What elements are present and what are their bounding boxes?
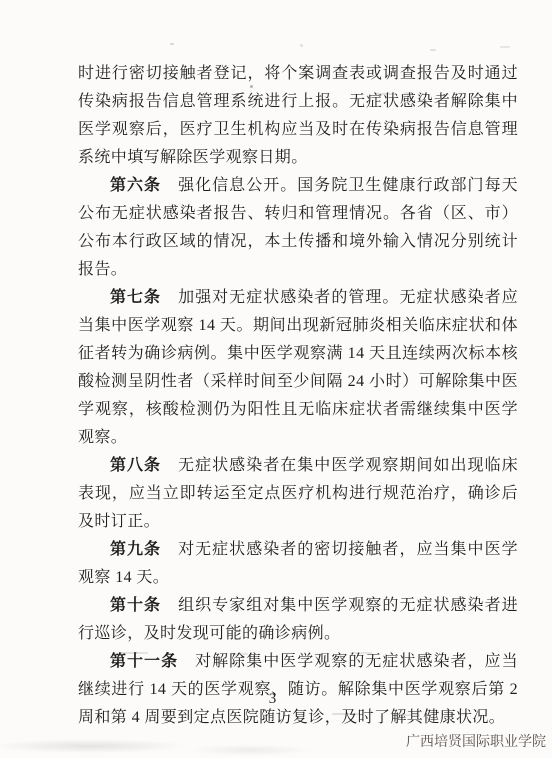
article-number-label: 第六条 <box>110 177 161 194</box>
paragraph: 第八条 无症状感染者在集中医学观察期间如出现临床表现，应当立即转运至定点医疗机构… <box>78 452 518 536</box>
scanned-document-page: 时进行密切接触者登记，将个案调查表或调查报告及时通过传染病报告信息管理系统进行上… <box>0 0 552 758</box>
scan-noise-speck <box>430 49 436 51</box>
page-number: 3 <box>0 691 545 708</box>
article-number-label: 第十一条 <box>110 653 178 670</box>
article-number-label: 第八条 <box>110 457 161 474</box>
paragraph: 第十条 组织专家组对集中医学观察的无症状感染者进行巡诊，及时发现可能的确诊病例。 <box>78 592 518 648</box>
article-number-label: 第九条 <box>110 541 161 558</box>
paragraph: 时进行密切接触者登记，将个案调查表或调查报告及时通过传染病报告信息管理系统进行上… <box>78 60 518 172</box>
paragraph: 第六条 强化信息公开。国务院卫生健康行政部门每天公布无症状感染者报告、转归和管理… <box>78 172 518 284</box>
paragraph: 第七条 加强对无症状感染者的管理。无症状感染者应当集中医学观察 14 天。期间出… <box>78 284 518 452</box>
institution-watermark: 广西培贤国际职业学院 <box>406 733 546 751</box>
scan-noise-speck <box>170 43 174 45</box>
paragraph: 第九条 对无症状感染者的密切接触者，应当集中医学观察 14 天。 <box>78 536 518 592</box>
paragraph-text: 加强对无症状感染者的管理。无症状感染者应当集中医学观察 14 天。期间出现新冠肺… <box>78 289 518 446</box>
article-number-label: 第十条 <box>110 597 161 614</box>
document-body: 时进行密切接触者登记，将个案调查表或调查报告及时通过传染病报告信息管理系统进行上… <box>78 60 518 732</box>
paragraph-text: 时进行密切接触者登记，将个案调查表或调查报告及时通过传染病报告信息管理系统进行上… <box>78 65 518 166</box>
paragraph: 第十一条 对解除集中医学观察的无症状感染者，应当继续进行 14 天的医学观察、随… <box>78 648 518 732</box>
scan-noise-speck <box>500 46 510 48</box>
scan-noise-speck <box>300 44 303 47</box>
article-number-label: 第七条 <box>110 289 161 306</box>
